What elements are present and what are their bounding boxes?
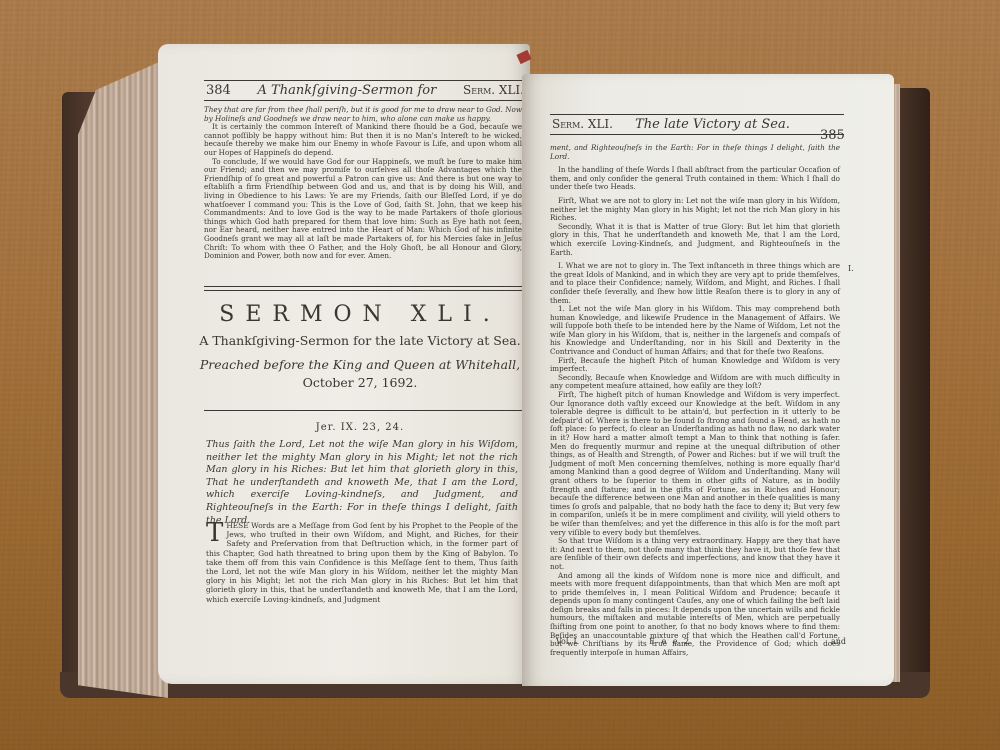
paragraph: Firſt, Becauſe the higheſt Pitch of huma… [550,357,840,374]
left-running-head: 384 A Thankſgiving-Sermon for Serm. XLI. [204,80,526,101]
margin-section-number: I. [848,264,854,273]
paragraph: 1. Let not the wiſe Man glory in his Wiſ… [550,305,840,357]
sermon-date: October 27, 1692. [198,374,522,392]
paragraph: To conclude, If we would have God for ou… [204,158,522,261]
catchword: and [831,637,846,646]
divider-rule [204,290,522,291]
sermon-subtitle: A Thankſgiving-Sermon for the late Victo… [198,333,522,348]
sermon-preached: Preached before the King and Queen at Wh… [198,356,522,392]
left-page: 384 A Thankſgiving-Sermon for Serm. XLI.… [158,44,530,684]
paragraph: Firſt, What we are not to glory in: Let … [550,197,840,223]
left-page-number: 384 [206,83,231,98]
right-running-sermon: Serm. XLI. [552,117,613,131]
left-running-title: A Thankſgiving-Sermon for [258,83,437,98]
book-photo: 384 A Thankſgiving-Sermon for Serm. XLI.… [0,0,1000,750]
drop-cap: T [206,522,223,544]
scripture-reference: Jer. IX. 23, 24. [198,422,522,433]
scripture-text: Thus ſaith the Lord, Let not the wiſe Ma… [206,439,518,527]
sermon-heading: SERMON XLI. [198,302,522,327]
paragraph: They that are far from thee ſhall periſh… [204,106,522,123]
paragraph: Firſt, The higheſt pitch of human Knowle… [550,391,840,537]
paragraph: ment, and Righteouſneſs in the Earth: Fo… [550,144,840,161]
right-page-number: 385 [820,128,845,143]
preached-line: Preached before the King and Queen at Wh… [198,356,522,374]
signature-mark: E e e 2 [649,637,691,646]
divider-rule [204,286,522,287]
paragraph: In the handling of theſe Words I ſhall a… [550,166,840,192]
paragraph: So that true Wiſdom is a thing very extr… [550,537,840,571]
right-running-title: The late Victory at Sea. [635,117,790,132]
paragraph: Secondly, What it is that is Matter of t… [550,223,840,257]
book-cover-right [896,88,930,680]
body-text: HESE Words are a Meſſage from God ſent b… [206,521,518,604]
paragraph: It is certainly the common Intereſt of M… [204,123,522,157]
right-body-text: ment, and Righteouſneſs in the Earth: Fo… [550,144,840,657]
page-block-left-edge [78,58,168,698]
right-page-footer: Vol. I. E e e 2 and [556,637,846,646]
right-page: Serm. XLI. The late Victory at Sea. 385 … [522,74,894,686]
divider-rule [204,410,522,411]
right-running-head: Serm. XLI. The late Victory at Sea. [550,114,844,135]
paragraph: I. What we are not to glory in. The Text… [550,262,840,305]
paragraph: Secondly, Becauſe when Knowledge and Wiſ… [550,374,840,391]
left-running-sermon: Serm. XLI. [463,83,524,97]
left-continuation-text: They that are far from thee ſhall periſh… [204,106,522,261]
volume-label: Vol. I. [556,637,579,646]
sermon-body-opening: THESE Words are a Meſſage from God ſent … [206,521,518,604]
